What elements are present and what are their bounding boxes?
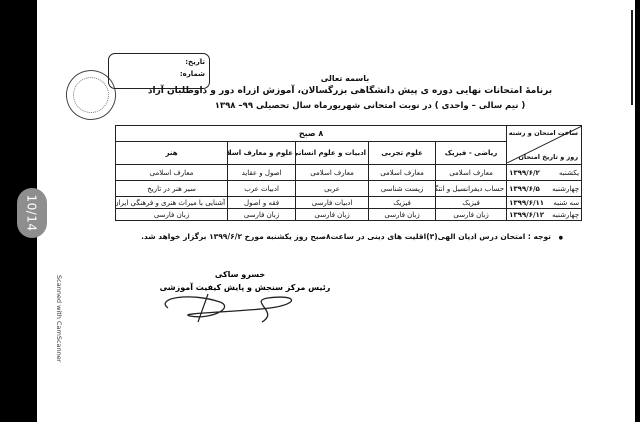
day-label: چهارشنبه [552, 185, 579, 193]
exam-schedule-table: ساعت امتحان و رشته تحصیلی روز و تاریخ ام… [115, 125, 582, 221]
table-cell: عربی [296, 181, 369, 197]
table-cell: زیست شناسی [369, 181, 436, 197]
corner-header-cell: ساعت امتحان و رشته تحصیلی روز و تاریخ ام… [507, 126, 582, 165]
day-date-cell: یکشنبه۱۳۹۹/۶/۲ [507, 165, 582, 181]
day-label: یکشنبه [559, 169, 579, 177]
table-cell: زبان فارسی [369, 209, 436, 221]
scanner-watermark: Scanned with CamScanner [53, 275, 63, 355]
table-cell: فقه و اصول [228, 197, 296, 209]
table-cell: آشنایی با میراث هنری و فرهنگی ایران [116, 197, 228, 209]
time-row: ساعت امتحان و رشته تحصیلی روز و تاریخ ام… [116, 126, 582, 142]
bullet-icon: ● [559, 235, 563, 241]
table-cell: معارف اسلامی [369, 165, 436, 181]
handwritten-signature-icon [150, 290, 320, 325]
table-cell: زبان فارسی [436, 209, 507, 221]
table-cell: معارف اسلامی [116, 165, 228, 181]
table-row: چهارشنبه۱۳۹۹/۶/۵ حساب دیفرانسیل و انتگرا… [116, 181, 582, 197]
day-date-cell: چهارشنبه۱۳۹۹/۶/۱۲ [507, 209, 582, 221]
table-cell: زبان فارسی [296, 209, 369, 221]
table-cell: معارف اسلامی [436, 165, 507, 181]
corner-bottom-label: روز و تاریخ امتحان [518, 153, 578, 161]
column-header-islamic-sciences: علوم و معارف اسلامی [228, 142, 296, 165]
table-cell: اصول و عقاید [228, 165, 296, 181]
date-label: تاریخ: [185, 58, 205, 66]
table-cell: زبان فارسی [116, 209, 228, 221]
column-header-math-physics: ریاضی - فیزیک [436, 142, 507, 165]
table-cell: زبان فارسی [228, 209, 296, 221]
reference-box: تاریخ: شماره: [108, 53, 210, 89]
table-row: یکشنبه۱۳۹۹/۶/۲ معارف اسلامی معارف اسلامی… [116, 165, 582, 181]
table-cell: سیر هنر در تاریخ [116, 181, 228, 197]
number-label: شماره: [180, 70, 205, 78]
table-row: چهارشنبه۱۳۹۹/۶/۱۲ زبان فارسی زبان فارسی … [116, 209, 582, 221]
day-label: سه شنبه [553, 199, 579, 207]
day-label: چهارشنبه [552, 211, 579, 219]
page-indicator: 10/14 [17, 188, 47, 238]
date-value: ۱۳۹۹/۶/۱۱ [509, 199, 544, 207]
table-cell: ادبیات فارسی [296, 197, 369, 209]
column-header-art: هنر [116, 142, 228, 165]
table-cell: معارف اسلامی [296, 165, 369, 181]
column-header-humanities: ادبیات و علوم انسانی [296, 142, 369, 165]
viewer-right-border [635, 0, 640, 422]
table-cell: فیزیک [369, 197, 436, 209]
day-date-cell: سه شنبه۱۳۹۹/۶/۱۱ [507, 197, 582, 209]
scanner-watermark-text: Scanned with CamScanner [53, 275, 63, 355]
column-header-experimental-sciences: علوم تجربی [369, 142, 436, 165]
exam-note: ● توجه : امتحان درس ادیان الهی(۳)اقلیت ه… [150, 232, 563, 241]
seal-inner-ring [69, 73, 113, 117]
document-subtitle: ( نیم سالی – واحدی ) در نوبت امتحانی شهر… [200, 101, 540, 111]
table-row: سه شنبه۱۳۹۹/۶/۱۱ فیزیک فیزیک ادبیات فارس… [116, 197, 582, 209]
document-title: برنامهٔ امتحانات نهایی دوره ی پیش دانشگا… [140, 86, 560, 96]
signatory-name: خسرو ساکی [170, 270, 310, 279]
page-edge-line [631, 10, 633, 105]
day-date-cell: چهارشنبه۱۳۹۹/۶/۵ [507, 181, 582, 197]
corner-top-label: ساعت امتحان و رشته تحصیلی [507, 129, 579, 137]
page-indicator-text: 10/14 [25, 194, 39, 231]
table-cell: ادبیات عرب [228, 181, 296, 197]
date-value: ۱۳۹۹/۶/۲ [509, 169, 540, 177]
table-cell: فیزیک [436, 197, 507, 209]
note-text: توجه : امتحان درس ادیان الهی(۳)اقلیت های… [141, 232, 551, 241]
table-cell: حساب دیفرانسیل و انتگرال [436, 181, 507, 197]
exam-time-header: ۸ صبح [116, 126, 507, 142]
date-value: ۱۳۹۹/۶/۵ [509, 185, 540, 193]
date-value: ۱۳۹۹/۶/۱۲ [509, 211, 544, 219]
basmala: باسمه تعالی [230, 74, 460, 83]
